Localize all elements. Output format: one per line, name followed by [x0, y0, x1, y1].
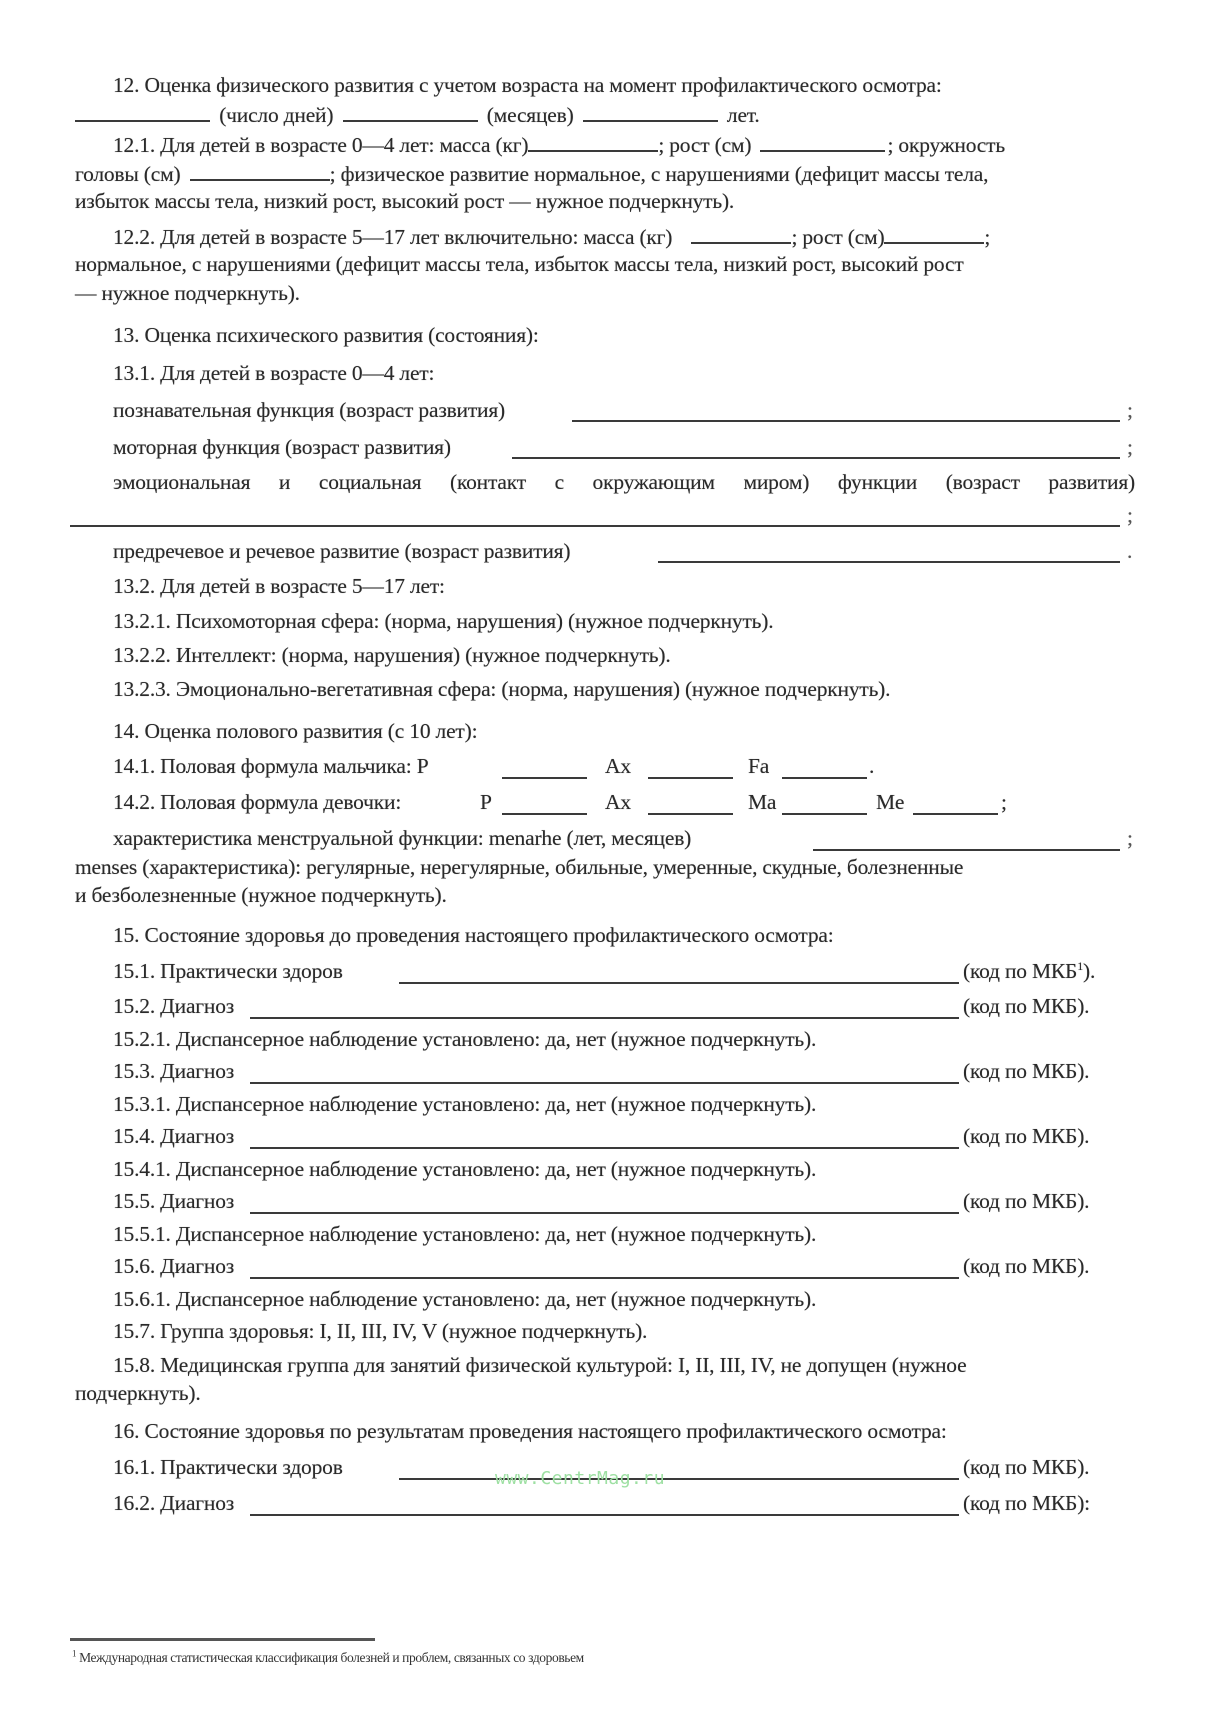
diagnosis-field[interactable] — [250, 1147, 959, 1149]
pe-group-row2: подчеркнуть). — [75, 1378, 201, 1408]
s12-1-head-label: ; окружность — [887, 133, 1004, 157]
s16-healthy-label: 16.1. Практически здоров — [113, 1455, 343, 1479]
s15-healthy-icd: (код по МКБ1). — [963, 956, 1095, 986]
s13-2-item: 13.2.3. Эмоционально-вегетативная сфера:… — [75, 674, 890, 704]
speech-label: предречевое и речевое развитие (возраст … — [113, 539, 570, 563]
cognitive-field[interactable] — [572, 420, 1120, 422]
section-13-title-text: 13. Оценка психического развития (состоя… — [113, 323, 539, 347]
section-13-1-title: 13.1. Для детей в возрасте 0—4 лет: — [75, 358, 434, 388]
footnote-text: Международная статистическая классификац… — [79, 1650, 584, 1665]
s16-diagnosis-row: 16.2. Диагноз — [75, 1488, 234, 1518]
footnote-divider — [70, 1638, 375, 1641]
s15-healthy-field[interactable] — [399, 982, 959, 984]
dispensary-followup-text: 15.2.1. Диспансерное наблюдение установл… — [113, 1027, 816, 1051]
days-field[interactable] — [75, 98, 210, 122]
s16-diagnosis-label: 16.2. Диагноз — [113, 1491, 234, 1515]
months-label: (месяцев) — [487, 103, 574, 127]
menarhe-semicolon: ; — [1127, 823, 1133, 853]
s12-2-mass-label: 12.2. Для детей в возрасте 5—17 лет вклю… — [113, 225, 672, 249]
menstrual-row: характеристика менструальной функции: me… — [75, 823, 691, 853]
health-group-row: 15.7. Группа здоровья: I, II, III, IV, V… — [75, 1316, 647, 1346]
girl-me-label: Me — [876, 787, 904, 817]
section-12-1-row3: избыток массы тела, низкий рост, высокий… — [75, 186, 734, 216]
s12-1-height-field[interactable] — [760, 128, 885, 152]
diagnosis-icd-label: (код по МКБ). — [963, 1056, 1089, 1086]
diagnosis-field[interactable] — [250, 1277, 959, 1279]
years-label: лет. — [727, 103, 760, 127]
s16-healthy-icd: (код по МКБ). — [963, 1452, 1089, 1482]
girl-formula-label: 14.2. Половая формула девочки: — [113, 790, 401, 814]
s12-1-status-options: избыток массы тела, низкий рост, высокий… — [75, 189, 734, 213]
menses-row1: menses (характеристика): регулярные, нер… — [75, 852, 963, 882]
diagnosis-icd-label: (код по МКБ). — [963, 1186, 1089, 1216]
icd-label: (код по МКБ — [963, 959, 1077, 983]
s12-1-status-text: ; физическое развитие нормальное, с нару… — [330, 162, 989, 186]
section-14-title-text: 14. Оценка полового развития (с 10 лет): — [113, 719, 477, 743]
section-12-2-row2: нормальное, с нарушениями (дефицит массы… — [75, 249, 964, 279]
cognitive-label: познавательная функция (возраст развития… — [113, 398, 505, 422]
boy-formula-label: 14.1. Половая формула мальчика: P — [113, 754, 428, 778]
section-13-2-title-text: 13.2. Для детей в возрасте 5—17 лет: — [113, 574, 445, 598]
s16-diagnosis-field[interactable] — [250, 1514, 959, 1516]
diagnosis-row: 15.3. Диагноз — [75, 1056, 234, 1086]
dispensary-followup-text: 15.4.1. Диспансерное наблюдение установл… — [113, 1157, 816, 1181]
section-12-2-row3: — нужное подчеркнуть). — [75, 278, 300, 308]
health-group-text: 15.7. Группа здоровья: I, II, III, IV, V… — [113, 1319, 647, 1343]
menses-options: menses (характеристика): регулярные, нер… — [75, 855, 963, 879]
s12-2-height-label: ; рост (см) — [791, 225, 884, 249]
boy-formula-row: 14.1. Половая формула мальчика: P — [75, 751, 428, 781]
pe-group-row1: 15.8. Медицинская группа для занятий физ… — [75, 1350, 966, 1380]
girl-p-label: P — [480, 787, 492, 817]
diagnosis-field[interactable] — [250, 1082, 959, 1084]
s12-1-mass-label: 12.1. Для детей в возрасте 0—4 лет: масс… — [113, 133, 528, 157]
diagnosis-row: 15.2. Диагноз — [75, 991, 234, 1021]
cognitive-row: познавательная функция (возраст развития… — [75, 395, 505, 425]
girl-formula-end: ; — [1001, 787, 1007, 817]
s12-2-status-text: нормальное, с нарушениями (дефицит массы… — [75, 252, 964, 276]
menstrual-label: характеристика менструальной функции: me… — [113, 826, 691, 850]
footnote: 1 Международная статистическая классифик… — [72, 1650, 584, 1666]
girl-p-field[interactable] — [502, 813, 587, 815]
speech-row: предречевое и речевое развитие (возраст … — [75, 536, 570, 566]
diagnosis-icd-label: (код по МКБ). — [963, 1121, 1089, 1151]
boy-fa-field[interactable] — [782, 777, 867, 779]
emotional-label: эмоциональная и социальная (контакт с ок… — [113, 470, 1135, 494]
months-field[interactable] — [343, 98, 478, 122]
s12-2-semicolon: ; — [984, 225, 990, 249]
s12-1-height-label: ; рост (см) — [658, 133, 751, 157]
dispensary-followup-row: 15.2.1. Диспансерное наблюдение установл… — [75, 1024, 816, 1054]
s13-2-item: 13.2.1. Психомоторная сфера: (норма, нар… — [75, 606, 773, 636]
s12-2-status-end: — нужное подчеркнуть). — [75, 281, 300, 305]
boy-ax-field[interactable] — [648, 777, 733, 779]
section-14-title: 14. Оценка полового развития (с 10 лет): — [75, 716, 477, 746]
dispensary-followup-row: 15.3.1. Диспансерное наблюдение установл… — [75, 1089, 816, 1119]
s12-2-height-field[interactable] — [884, 220, 984, 244]
diagnosis-field[interactable] — [250, 1017, 959, 1019]
girl-ax-label: Ax — [605, 787, 631, 817]
cognitive-semicolon: ; — [1127, 395, 1133, 425]
motor-field[interactable] — [512, 457, 1120, 459]
icd-label-end: ). — [1083, 959, 1095, 983]
days-label: (число дней) — [219, 103, 333, 127]
diagnosis-icd-label: (код по МКБ). — [963, 1251, 1089, 1281]
diagnosis-row: 15.6. Диагноз — [75, 1251, 234, 1281]
diagnosis-row: 15.5. Диагноз — [75, 1186, 234, 1216]
diagnosis-label: 15.3. Диагноз — [113, 1059, 234, 1083]
dispensary-followup-row: 15.6.1. Диспансерное наблюдение установл… — [75, 1284, 816, 1314]
section-12-age-row: (число дней) (месяцев) лет. — [75, 98, 760, 130]
diagnosis-label: 15.6. Диагноз — [113, 1254, 234, 1278]
watermark: www.CentrMag.ru — [495, 1468, 665, 1489]
girl-ma-label: Ma — [748, 787, 776, 817]
motor-label: моторная функция (возраст развития) — [113, 435, 451, 459]
emotional-semicolon: ; — [1127, 500, 1133, 530]
emotional-row: эмоциональная и социальная (контакт с ок… — [75, 467, 1135, 497]
section-12-title: 12. Оценка физического развития с учетом… — [75, 70, 942, 100]
girl-ax-field[interactable] — [648, 813, 733, 815]
section-13-title: 13. Оценка психического развития (состоя… — [75, 320, 539, 350]
section-13-1-title-text: 13.1. Для детей в возрасте 0—4 лет: — [113, 361, 434, 385]
section-12-2-row1: 12.2. Для детей в возрасте 5—17 лет вклю… — [75, 220, 990, 252]
s13-2-item: 13.2.2. Интеллект: (норма, нарушения) (н… — [75, 640, 671, 670]
motor-semicolon: ; — [1127, 432, 1133, 462]
section-15-title-text: 15. Состояние здоровья до проведения нас… — [113, 923, 834, 947]
diagnosis-icd-label: (код по МКБ). — [963, 991, 1089, 1021]
dispensary-followup-row: 15.5.1. Диспансерное наблюдение установл… — [75, 1219, 816, 1249]
s16-healthy-row: 16.1. Практически здоров — [75, 1452, 343, 1482]
section-15-title: 15. Состояние здоровья до проведения нас… — [75, 920, 834, 950]
dispensary-followup-text: 15.6.1. Диспансерное наблюдение установл… — [113, 1287, 816, 1311]
dispensary-followup-text: 15.5.1. Диспансерное наблюдение установл… — [113, 1222, 816, 1246]
boy-p-field[interactable] — [502, 777, 587, 779]
emotional-vegetative-text: 13.2.3. Эмоционально-вегетативная сфера:… — [113, 677, 890, 701]
speech-field[interactable] — [658, 561, 1120, 563]
psychomotor-text: 13.2.1. Психомоторная сфера: (норма, нар… — [113, 609, 773, 633]
s12-1-head-prefix: головы (см) — [75, 162, 180, 186]
section-12-1-row2: головы (см) ; физическое развитие нормал… — [75, 157, 988, 189]
girl-ma-field[interactable] — [782, 813, 867, 815]
s12-2-mass-field[interactable] — [691, 220, 791, 244]
motor-row: моторная функция (возраст развития) — [75, 432, 451, 462]
dispensary-followup-text: 15.3.1. Диспансерное наблюдение установл… — [113, 1092, 816, 1116]
section-12-1-row1: 12.1. Для детей в возрасте 0—4 лет: масс… — [75, 128, 1005, 160]
years-field[interactable] — [583, 98, 718, 122]
girl-me-field[interactable] — [913, 813, 998, 815]
diagnosis-label: 15.2. Диагноз — [113, 994, 234, 1018]
section-16-title-text: 16. Состояние здоровья по результатам пр… — [113, 1419, 947, 1443]
speech-dot: . — [1127, 536, 1132, 566]
dispensary-followup-row: 15.4.1. Диспансерное наблюдение установл… — [75, 1154, 816, 1184]
pe-group-text-end: подчеркнуть). — [75, 1381, 201, 1405]
boy-ax-label: Ax — [605, 751, 631, 781]
s16-healthy-field[interactable] — [399, 1478, 959, 1480]
s16-diagnosis-icd: (код по МКБ): — [963, 1488, 1090, 1518]
boy-formula-end: . — [869, 751, 874, 781]
s15-healthy-label: 15.1. Практически здоров — [113, 959, 343, 983]
menses-options-end: и безболезненные (нужное подчеркнуть). — [75, 883, 447, 907]
emotional-field[interactable] — [70, 525, 1120, 527]
diagnosis-label: 15.4. Диагноз — [113, 1124, 234, 1148]
menses-row2: и безболезненные (нужное подчеркнуть). — [75, 880, 447, 910]
s12-1-mass-field[interactable] — [528, 128, 658, 152]
section-13-2-title: 13.2. Для детей в возрасте 5—17 лет: — [75, 571, 445, 601]
boy-fa-label: Fa — [748, 751, 769, 781]
intellect-text: 13.2.2. Интеллект: (норма, нарушения) (н… — [113, 643, 671, 667]
section-12-title-text: 12. Оценка физического развития с учетом… — [113, 73, 942, 97]
diagnosis-field[interactable] — [250, 1212, 959, 1214]
section-16-title: 16. Состояние здоровья по результатам пр… — [75, 1416, 947, 1446]
diagnosis-label: 15.5. Диагноз — [113, 1189, 234, 1213]
diagnosis-row: 15.4. Диагноз — [75, 1121, 234, 1151]
s15-healthy-row: 15.1. Практически здоров — [75, 956, 343, 986]
s12-1-head-field[interactable] — [190, 157, 330, 181]
girl-formula-row: 14.2. Половая формула девочки: — [75, 787, 401, 817]
menarhe-field[interactable] — [813, 849, 1120, 851]
pe-group-text: 15.8. Медицинская группа для занятий физ… — [113, 1353, 966, 1377]
footnote-marker: 1 — [72, 1649, 76, 1659]
